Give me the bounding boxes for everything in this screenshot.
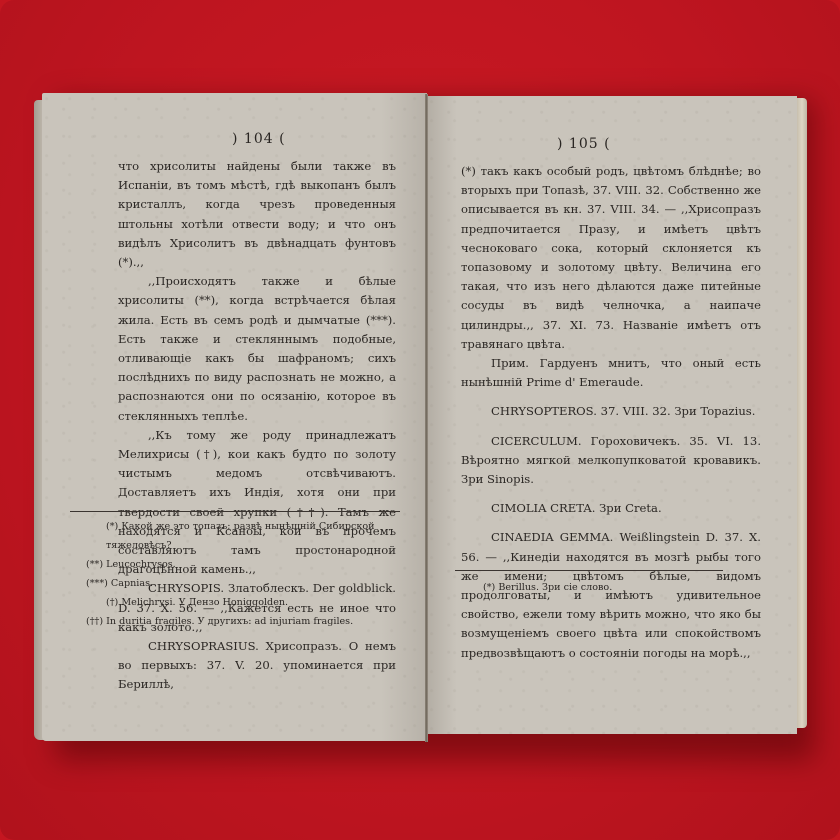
entry-cimolia-creta: CIMOLIA CRETA. Зри Creta.	[461, 499, 761, 518]
paragraph: что хрисолиты найдены были также въ Испа…	[118, 157, 396, 272]
photo-frame: ) 104 ( что хрисолиты найдены были также…	[0, 0, 840, 840]
footnote: (*) Berillus. Зри сіе слово.	[483, 578, 743, 597]
right-page-edges	[797, 98, 807, 728]
book-gutter	[425, 94, 428, 742]
note-paragraph: Прим. Гардуенъ мнитъ, что оный есть нынѣ…	[461, 354, 761, 392]
page-number-105: ) 105 (	[557, 136, 611, 152]
entry-cicerculum: CICERCULUM. Гороховичекъ. 35. VI. 13. Вѣ…	[461, 432, 761, 490]
footnote: (*) Какой же это топазъ; развѣ нынѣшній …	[86, 517, 391, 555]
right-footnotes: (*) Berillus. Зри сіе слово.	[483, 578, 743, 597]
right-page: ) 105 ( (*) такъ какъ особый родъ, цвѣто…	[427, 96, 797, 734]
footnote: (†) Melichrysi. У Дензо Honiggolden.	[86, 593, 391, 612]
footnote: (***) Capnias.	[86, 574, 391, 593]
footnote: (††) In duritia fragiles. У другихъ: ad …	[86, 612, 391, 631]
paragraph: ,,Происходятъ также и бѣлые хрисолиты (*…	[118, 272, 396, 426]
footnote-rule	[70, 511, 400, 512]
footnote: (**) Leucochrysos.	[86, 555, 391, 574]
page-number-104: ) 104 (	[232, 131, 286, 147]
left-page: ) 104 ( что хрисолиты найдены были также…	[42, 93, 427, 741]
entry-chrysoprasius: CHRYSOPRASIUS. Хрисопразъ. О немъ во пер…	[118, 637, 396, 695]
footnote-rule	[455, 570, 723, 571]
left-footnotes: (*) Какой же это топазъ; развѣ нынѣшній …	[86, 517, 391, 631]
entry-chrysopteros: CHRYSOPTEROS. 37. VIII. 32. Зри Topazius…	[461, 402, 761, 421]
paragraph: (*) такъ какъ особый родъ, цвѣтомъ блѣдн…	[461, 162, 761, 354]
